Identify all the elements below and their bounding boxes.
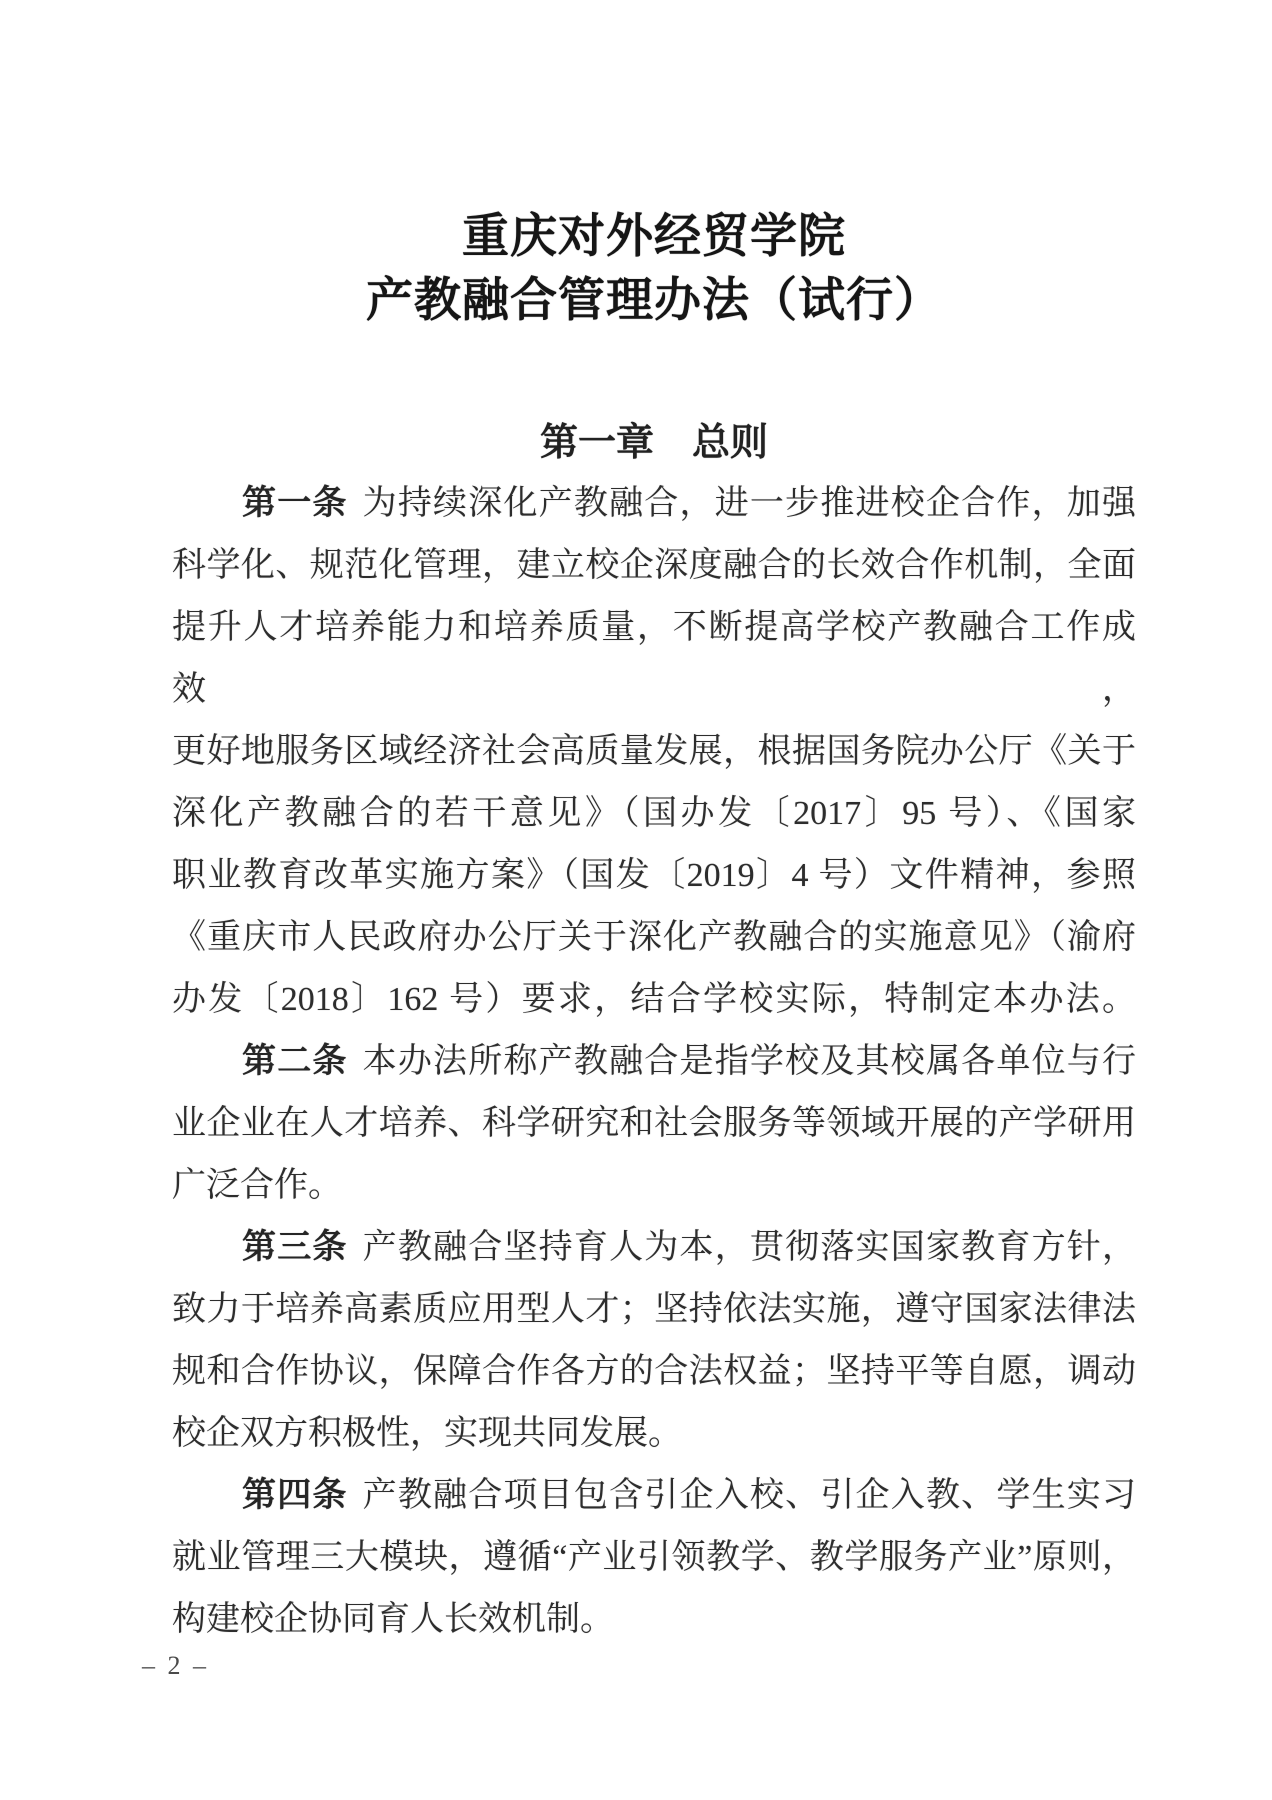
line-text: 规和合作协议，保障合作各方的合法权益；坚持平等自愿，调动 bbox=[172, 1353, 1136, 1390]
line-text: 职业教育改革实施方案》（国发〔2019〕4 号）文件精神，参照 bbox=[172, 857, 1136, 894]
line-text: 产教融合项目包含引企入校、引企入教、学生实习 bbox=[363, 1477, 1136, 1514]
line-text: 业企业在人才培养、科学研究和社会服务等领域开展的产学研用 bbox=[172, 1105, 1136, 1142]
body-line: 第一条为持续深化产教融合，进一步推进校企合作，加强 bbox=[172, 473, 1136, 535]
body-line: 第二条本办法所称产教融合是指学校及其校属各单位与行 bbox=[172, 1031, 1136, 1093]
article-number: 第四条 bbox=[242, 1477, 348, 1514]
body-line: 就业管理三大模块，遵循“产业引领教学、教学服务产业”原则， bbox=[172, 1527, 1136, 1589]
body-line: 业企业在人才培养、科学研究和社会服务等领域开展的产学研用 bbox=[172, 1093, 1136, 1155]
body-line: 致力于培养高素质应用型人才；坚持依法实施，遵守国家法律法 bbox=[172, 1279, 1136, 1341]
page-number: – 2 – bbox=[142, 1650, 209, 1682]
line-text: 构建校企协同育人长效机制。 bbox=[172, 1601, 614, 1638]
line-text: 《重庆市人民政府办公厅关于深化产教融合的实施意见》（渝府 bbox=[172, 919, 1136, 956]
body-line: 第三条产教融合坚持育人为本，贯彻落实国家教育方针， bbox=[172, 1217, 1136, 1279]
line-text: 致力于培养高素质应用型人才；坚持依法实施，遵守国家法律法 bbox=[172, 1291, 1136, 1328]
chapter-heading: 第一章 总则 bbox=[172, 420, 1136, 466]
document-body: 第一条为持续深化产教融合，进一步推进校企合作，加强科学化、规范化管理，建立校企深… bbox=[172, 473, 1136, 1651]
line-text: 广泛合作。 bbox=[172, 1167, 342, 1204]
body-line: 构建校企协同育人长效机制。 bbox=[172, 1589, 1136, 1651]
document-page: 重庆对外经贸学院 产教融合管理办法（试行） 第一章 总则 第一条为持续深化产教融… bbox=[0, 0, 1272, 1800]
line-text: 本办法所称产教融合是指学校及其校属各单位与行 bbox=[363, 1043, 1136, 1080]
article-number: 第一条 bbox=[242, 485, 348, 522]
body-line: 深化产教融合的若干意见》（国办发〔2017〕95 号）、《国家 bbox=[172, 783, 1136, 845]
body-line: 规和合作协议，保障合作各方的合法权益；坚持平等自愿，调动 bbox=[172, 1341, 1136, 1403]
article-number: 第二条 bbox=[242, 1043, 348, 1080]
document-title: 重庆对外经贸学院 产教融合管理办法（试行） bbox=[172, 205, 1136, 333]
body-line: 《重庆市人民政府办公厅关于深化产教融合的实施意见》（渝府 bbox=[172, 907, 1136, 969]
line-text: 办发〔2018〕162 号）要求，结合学校实际，特制定本办法。 bbox=[172, 981, 1136, 1018]
body-line: 更好地服务区域经济社会高质量发展，根据国务院办公厅《关于 bbox=[172, 721, 1136, 783]
article-number: 第三条 bbox=[242, 1229, 348, 1266]
line-text: 深化产教融合的若干意见》（国办发〔2017〕95 号）、《国家 bbox=[172, 795, 1136, 832]
line-text: 更好地服务区域经济社会高质量发展，根据国务院办公厅《关于 bbox=[172, 733, 1136, 770]
line-text: 提升人才培养能力和培养质量，不断提高学校产教融合工作成效， bbox=[172, 609, 1136, 708]
body-line: 提升人才培养能力和培养质量，不断提高学校产教融合工作成效， bbox=[172, 597, 1136, 721]
title-line-1: 重庆对外经贸学院 bbox=[172, 205, 1136, 269]
line-text: 为持续深化产教融合，进一步推进校企合作，加强 bbox=[363, 485, 1136, 522]
body-line: 广泛合作。 bbox=[172, 1155, 1136, 1217]
line-text: 科学化、规范化管理，建立校企深度融合的长效合作机制，全面 bbox=[172, 547, 1136, 584]
body-line: 职业教育改革实施方案》（国发〔2019〕4 号）文件精神，参照 bbox=[172, 845, 1136, 907]
line-text: 产教融合坚持育人为本，贯彻落实国家教育方针， bbox=[363, 1229, 1136, 1266]
body-line: 科学化、规范化管理，建立校企深度融合的长效合作机制，全面 bbox=[172, 535, 1136, 597]
title-line-2: 产教融合管理办法（试行） bbox=[172, 269, 1136, 333]
body-line: 第四条产教融合项目包含引企入校、引企入教、学生实习 bbox=[172, 1465, 1136, 1527]
line-text: 校企双方积极性，实现共同发展。 bbox=[172, 1415, 682, 1452]
body-line: 校企双方积极性，实现共同发展。 bbox=[172, 1403, 1136, 1465]
body-line: 办发〔2018〕162 号）要求，结合学校实际，特制定本办法。 bbox=[172, 969, 1136, 1031]
line-text: 就业管理三大模块，遵循“产业引领教学、教学服务产业”原则， bbox=[172, 1539, 1136, 1576]
